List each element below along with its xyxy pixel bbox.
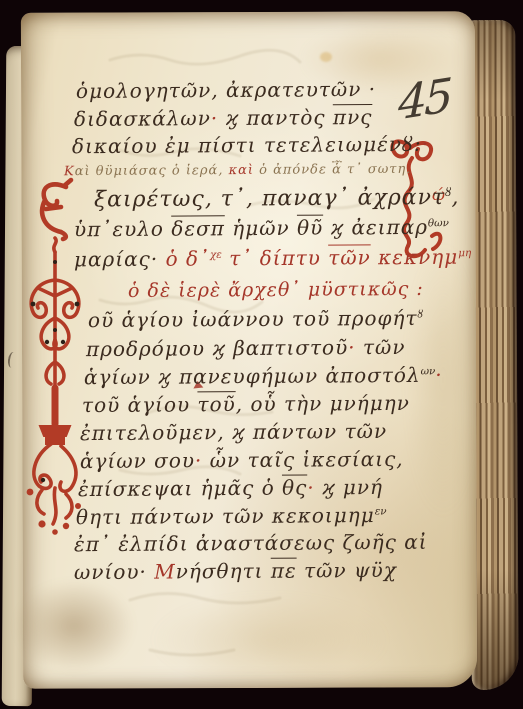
text-segment: ὑπ᾿ευλο <box>74 217 171 242</box>
text-segment: · <box>307 475 315 499</box>
text-segment: εν <box>375 505 387 517</box>
text-segment: ὧν ταῖς ἱκεσίαις, <box>202 447 403 472</box>
text-segment: τοῦ ἁγίου <box>82 392 198 417</box>
manuscript-line-7: μαρίας· ὁ δ᾿χε τ᾿ δίπτυ τῶν κεκνημμη <box>74 247 471 270</box>
text-segment: νήσθητι <box>176 559 271 584</box>
text-segment: ἇ <box>332 162 342 177</box>
text-segment: μαρίας· <box>74 247 166 272</box>
text-segment: θς <box>282 475 307 499</box>
manuscript-line-11: ἁγίων ϗ πανευφήμων ἀποστόλων· <box>84 365 443 388</box>
manuscript-photo: 45 <box>0 0 523 709</box>
text-segment: ἡμῶν <box>225 216 297 241</box>
text-segment: Μ <box>154 559 176 583</box>
manuscript-line-14: ἁγίων σου· ὧν ταῖς ἱκεσίαις, <box>80 449 404 471</box>
manuscript-line-8: ὁ δὲ ἱερὲ ἄρχεθ᾿ μϋστικῶς : <box>128 280 424 301</box>
text-segment: χε <box>210 249 222 261</box>
text-segment: θῦ <box>297 216 323 240</box>
text-segment: Κ <box>64 164 75 179</box>
text-segment: πνς <box>333 105 373 129</box>
text-segment: · <box>422 132 430 156</box>
text-segment: · <box>435 363 443 387</box>
text-segment: διδασκάλων <box>74 106 211 131</box>
text-segment: μη <box>458 247 471 259</box>
text-segment: · <box>348 335 356 359</box>
text-segment: ἐπιτελοῦμεν, ϗ πάντων <box>80 419 345 445</box>
text-segment: ϗ μνή <box>315 475 383 499</box>
manuscript-line-17: ἐπ᾿ ἐλπίδι ἀναστάσεως ζωῆς αἰ <box>74 532 428 554</box>
text-segment: ἐπίσκεψαι ἡμᾶς ὁ <box>78 476 282 501</box>
text-segment: ἁγίων σου <box>80 448 195 473</box>
text-segment: ὁ ἀπόνδε <box>254 162 332 178</box>
text-segment: τῶν <box>328 245 371 269</box>
manuscript-line-16: θητι πάντων τῶν κεκοιμημεν <box>76 505 387 527</box>
text-segment: ȣ <box>417 308 423 320</box>
text-segment: ϗ παντὸς <box>218 105 333 130</box>
text-segment: ἐπ᾿ ἐλπίδι ἀναστάσεως ζωῆς αἰ <box>74 530 428 556</box>
text-segment: δικαίου ἐμ πίστι τετελειωμένȣ <box>72 132 414 158</box>
text-segment: : <box>414 132 422 156</box>
text-segment: ὁ δὲ ἱερὲ ἄρχεθ᾿ μϋστικῶς : <box>128 278 424 302</box>
manuscript-line-5: ξαιρέτως, τ᾿, παναγ᾿ ἀχράντȣ, <box>94 187 460 212</box>
manuscript-line-15: ἐπίσκεψαι ἡμᾶς ὁ θς· ϗ μνή <box>78 477 383 499</box>
text-segment: ξαιρέτως, τ᾿, παναγ᾿ ἀχράντ <box>94 185 445 212</box>
manuscript-line-4: Καὶ θϋμιάσας ὁ ἱερά, καὶ ὁ ἀπόνδε ἇ τ᾿ σ… <box>64 163 411 178</box>
text-segment: ὁμολογητῶν, ἀκρατευτῶν <box>76 77 362 103</box>
text-segment: · <box>361 77 376 101</box>
text-segment: δεσπ <box>171 216 225 240</box>
text-segment: τῶν <box>344 419 387 443</box>
text-segment: ωνίου· <box>74 560 154 585</box>
text-segment: τ᾿ δίπτυ <box>222 246 329 271</box>
text-segment: αὶ θϋμιάσας ὁ ἱερά, <box>75 163 229 179</box>
text-segment: θητι πάντων τῶν κεκοιμημ <box>76 503 375 529</box>
text-segment: θων <box>428 217 449 229</box>
manuscript-line-6: ὑπ᾿ευλο δεσπ ἡμῶν θῦ ϗ ἀειπαρθων <box>74 217 449 240</box>
text-segment: , οὗ τὴν μνήμην <box>236 391 410 416</box>
text-segment: προδρόμου ϗ βαπτιστοῦ <box>86 335 348 361</box>
text-segment: τ᾿ σωτη. <box>342 162 412 177</box>
manuscript-line-3: δικαίου ἐμ πίστι τετελειωμένȣ:· <box>72 134 429 156</box>
manuscript-line-13: ἐπιτελοῦμεν, ϗ πάντων τῶν <box>80 421 387 443</box>
text-segment: καὶ <box>229 163 255 178</box>
text-layer: ὁμολογητῶν, ἀκρατευτῶν ·διδασκάλων· ϗ πα… <box>0 0 523 709</box>
manuscript-line-2: διδασκάλων· ϗ παντὸς πνς <box>74 107 373 129</box>
manuscript-line-18: ωνίου· Μνήσθητι πε τῶν ψϋχ <box>74 560 397 582</box>
text-segment: οῦ ἁγίου ἰωάννου τοῦ προφήτ <box>88 306 418 332</box>
manuscript-line-9: οῦ ἁγίου ἰωάννου τοῦ προφήτȣ <box>88 308 423 330</box>
manuscript-line-1: ὁμολογητῶν, ἀκρατευτῶν · <box>76 79 376 101</box>
text-segment: ὁ δ᾿ <box>165 246 210 270</box>
manuscript-line-10: προδρόμου ϗ βαπτιστοῦ· τῶν <box>86 337 406 359</box>
text-segment: πε <box>271 559 297 583</box>
text-segment: , <box>451 185 459 210</box>
text-segment: ων <box>421 365 436 377</box>
text-segment: ϗ ἀειπαρ <box>323 215 428 240</box>
text-segment: κεκνημ <box>371 245 459 270</box>
manuscript-line-12: τοῦ ἁγίου τοῦ, οὗ τὴν μνήμην <box>82 393 410 415</box>
text-segment: τῶν ψϋχ <box>297 558 397 583</box>
text-segment: τῶν <box>355 335 405 359</box>
text-segment: τοῦ <box>197 392 235 416</box>
text-segment: ἁγίων ϗ πανευφήμων ἀποστόλ <box>84 363 421 389</box>
